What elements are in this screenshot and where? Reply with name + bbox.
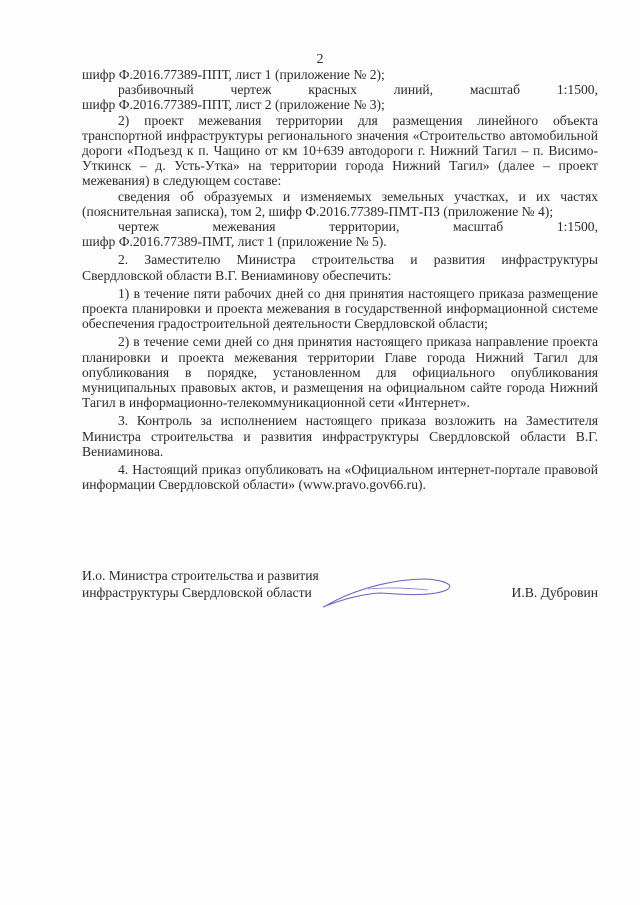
paragraph-item-2: 2. Заместителю Министра строительства и … (82, 252, 598, 282)
signatory-name: И.В. Дубровин (512, 584, 598, 601)
paragraph-cipher-sheet-2: шифр Ф.2016.77389-ППТ, лист 2 (приложени… (82, 97, 598, 112)
paragraph-survey-cipher: шифр Ф.2016.77389-ПМТ, лист 1 (приложени… (82, 234, 598, 249)
paragraph-land-plots-info: сведения об образуемых и изменяемых земе… (82, 189, 598, 219)
paragraph-survey-drawing: чертеж межевания территории, масштаб 1:1… (82, 219, 598, 234)
handwritten-signature-icon (308, 567, 458, 612)
paragraph-subitem-1: 1) в течение пяти рабочих дней со дня пр… (82, 286, 598, 332)
paragraph-red-lines-drawing: разбивочный чертеж красных линий, масшта… (82, 82, 598, 97)
paragraph-survey-project: 2) проект межевания территории для разме… (82, 113, 598, 189)
paragraph-item-3: 3. Контроль за исполнением настоящего пр… (82, 413, 598, 459)
signatory-title-line-2: инфраструктуры Свердловской области (82, 584, 342, 601)
paragraph-subitem-2: 2) в течение семи дней со дня принятия н… (82, 334, 598, 410)
document-page: 2 шифр Ф.2016.77389-ППТ, лист 1 (приложе… (0, 0, 640, 905)
signatory-title-line-1: И.о. Министра строительства и развития (82, 567, 342, 584)
paragraph-item-4: 4. Настоящий приказ опубликовать на «Офи… (82, 462, 598, 492)
paragraph-cipher-sheet-1: шифр Ф.2016.77389-ППТ, лист 1 (приложени… (82, 67, 598, 82)
document-body: шифр Ф.2016.77389-ППТ, лист 1 (приложени… (82, 67, 598, 492)
page-number: 2 (0, 52, 640, 68)
signatory-title: И.о. Министра строительства и развития и… (82, 567, 342, 601)
